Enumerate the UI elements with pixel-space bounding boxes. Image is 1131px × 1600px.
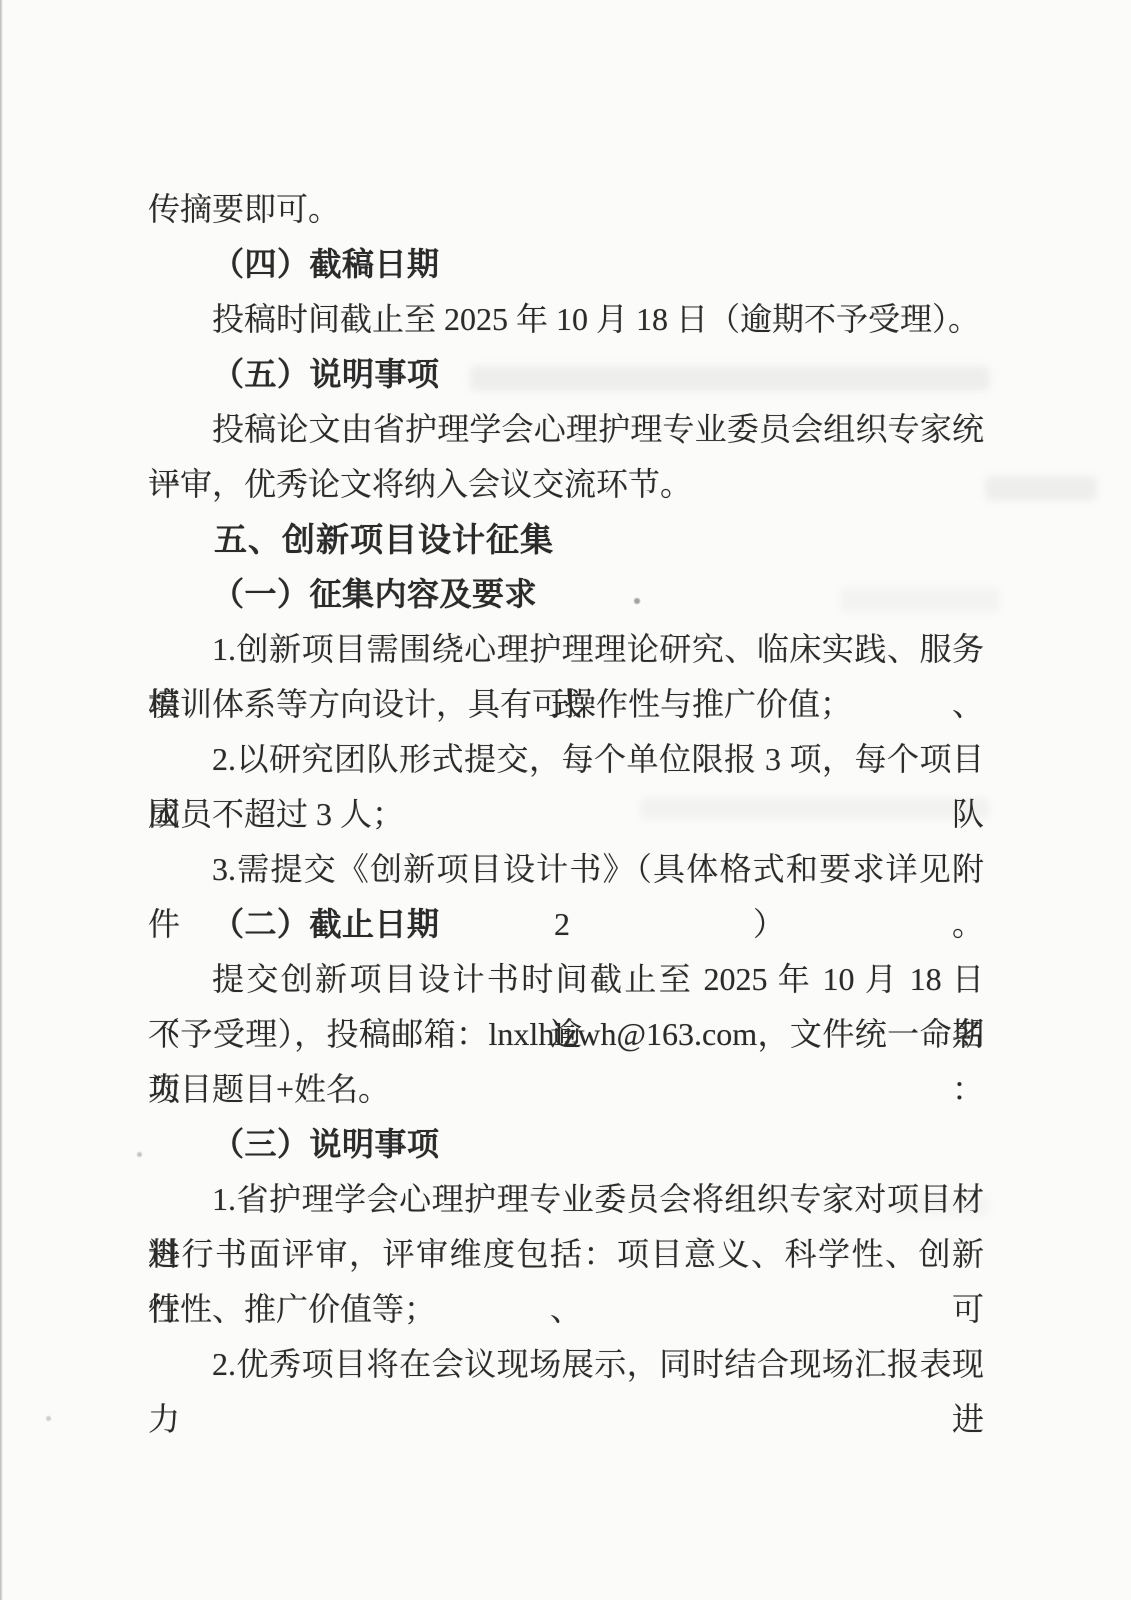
text-line: 1.省护理学会心理护理专业委员会将组织专家对项目材料 xyxy=(148,1172,984,1227)
document-body: 传摘要即可。 （四）截稿日期 投稿时间截止至 2025 年 10 月 18 日（… xyxy=(148,182,984,1392)
section-heading: 五、创新项目设计征集 xyxy=(148,512,984,567)
text-line: 评审，优秀论文将纳入会议交流环节。 xyxy=(148,457,984,512)
scan-speck xyxy=(46,1416,51,1421)
text-line: 3.需提交《创新项目设计书》（具体格式和要求详见附件 2）。 xyxy=(148,842,984,897)
document-page: 传摘要即可。 （四）截稿日期 投稿时间截止至 2025 年 10 月 18 日（… xyxy=(0,0,1131,1600)
text-line-email: 不予受理），投稿邮箱：lnxlhlzwh@163.com，文件统一命名为： xyxy=(148,1007,984,1062)
text-line: 2.优秀项目将在会议现场展示，同时结合现场汇报表现力进 xyxy=(148,1337,984,1392)
scan-edge-artifact xyxy=(0,0,3,1600)
text-line: 传摘要即可。 xyxy=(148,182,984,237)
scan-speck xyxy=(137,1152,142,1157)
section-subheading: （三）说明事项 xyxy=(148,1117,984,1172)
ink-bleed-smudge xyxy=(985,476,1097,501)
section-subheading: （四）截稿日期 xyxy=(148,237,984,292)
section-subheading: （一）征集内容及要求 xyxy=(148,567,984,622)
text-line: 2.以研究团队形式提交，每个单位限报 3 项，每个项目团队 xyxy=(148,732,984,787)
section-subheading: （五）说明事项 xyxy=(148,347,984,402)
text-line: 提交创新项目设计书时间截止至 2025 年 10 月 18 日（逾期 xyxy=(148,952,984,1007)
text-line: 投稿时间截止至 2025 年 10 月 18 日（逾期不予受理）。 xyxy=(148,292,984,347)
text-line: 1.创新项目需围绕心理护理理论研究、临床实践、服务模式、 xyxy=(148,622,984,677)
text-line: 投稿论文由省护理学会心理护理专业委员会组织专家统一 xyxy=(148,402,984,457)
text-line: 进行书面评审，评审维度包括：项目意义、科学性、创新性、可 xyxy=(148,1227,984,1282)
